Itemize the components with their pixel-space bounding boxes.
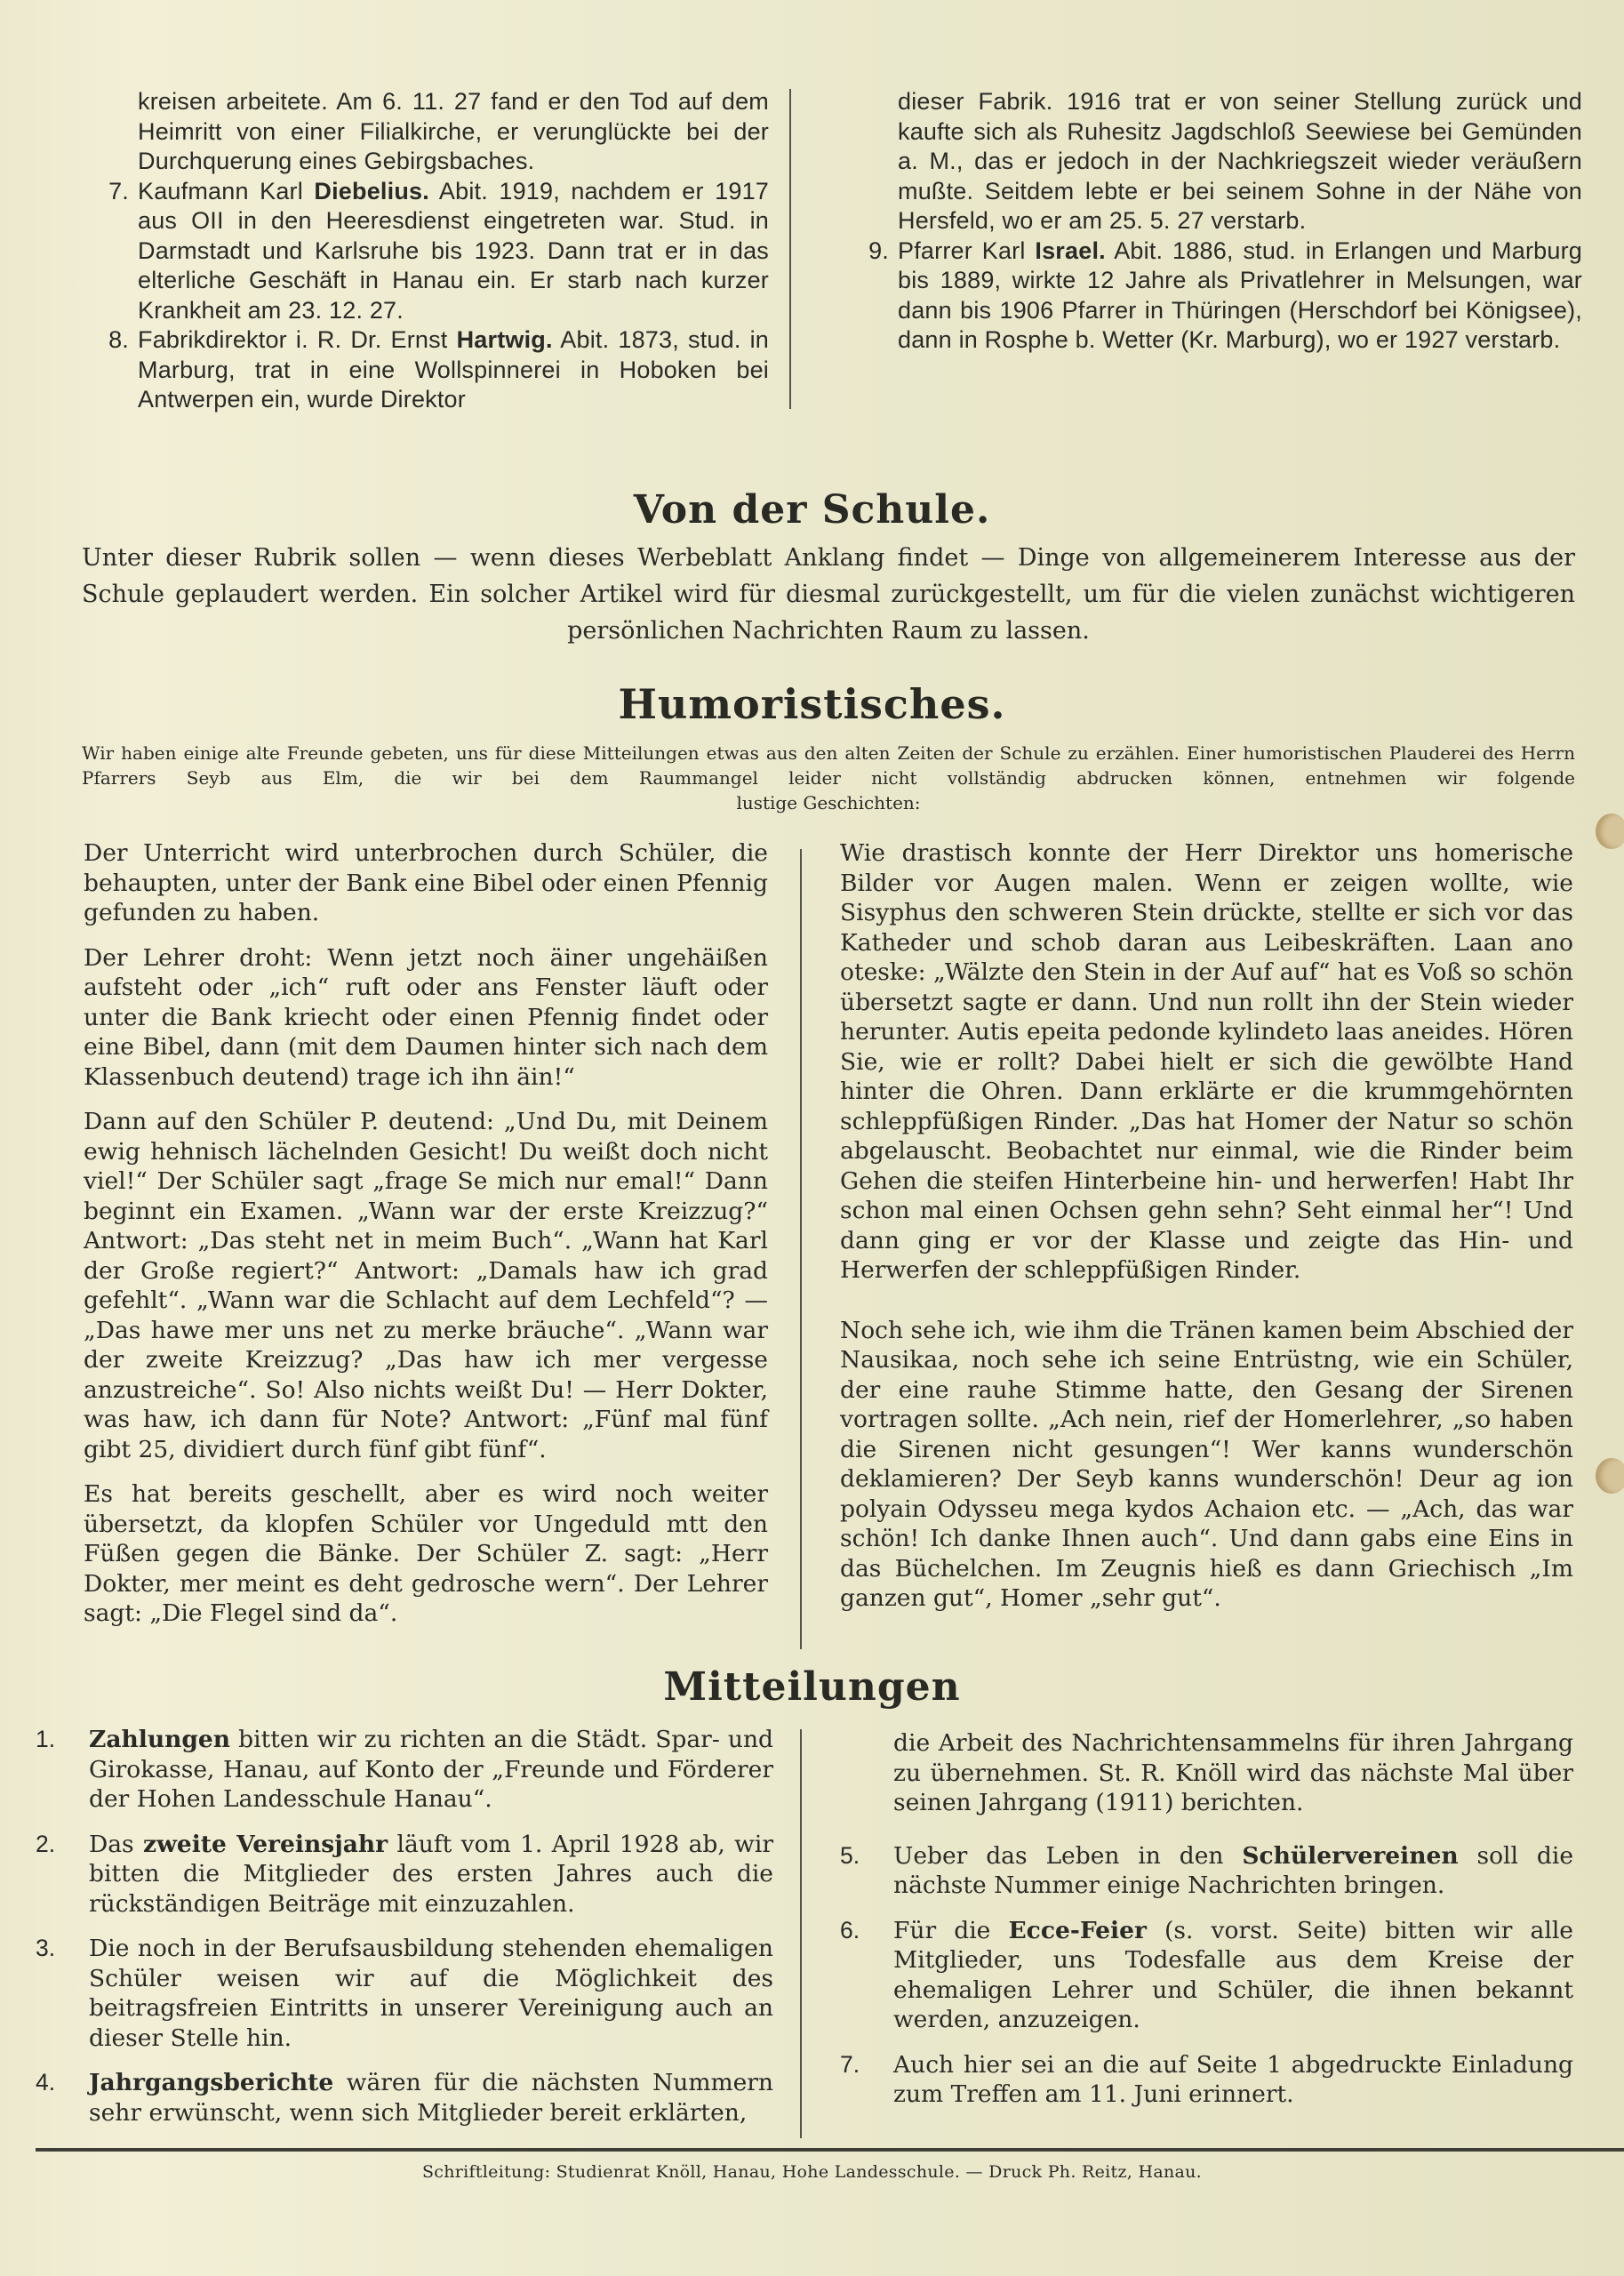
humor-column-right: Wie drastisch konnte der Herr Direktor u… (840, 838, 1573, 1629)
obituary-continuation: dieser Fabrik. 1916 trat er von seiner S… (898, 87, 1582, 236)
anecdote-paragraph: Der Lehrer droht: Wenn jetzt noch äiner … (84, 943, 768, 1093)
announcements-column-left: 1. Zahlungen bitten wir zu richten an di… (36, 1725, 773, 2143)
obituary-name: Israel. (1035, 237, 1105, 264)
obituary-continuation: kreisen arbeitete. Am 6. 11. 27 fand er … (138, 87, 769, 177)
announcement-item: 2. Das zweite Vereinsjahr läuft vom 1. A… (36, 1830, 773, 1919)
obituary-entry: 7. Kaufmann Karl Diebelius. Abit. 1919, … (138, 177, 769, 326)
column-divider (800, 1729, 802, 2138)
von-der-schule-text: Unter dieser Rubrik sollen — wenn dieses… (82, 540, 1575, 649)
section-title-humoristisches: Humoristisches. (0, 680, 1624, 728)
obituary-name: Hartwig. (457, 326, 553, 353)
humoristisches-intro: Wir haben einige alte Freunde gebeten, u… (82, 741, 1575, 815)
announcement-item: 7. Auch hier sei an die auf Seite 1 abge… (840, 2050, 1573, 2110)
obituary-entry: 8. Fabrikdirektor i. R. Dr. Ernst Hartwi… (138, 325, 769, 415)
announcements-column-right: die Arbeit des Nachrichtensammelns für i… (840, 1728, 1573, 2125)
anecdote-paragraph: Wie drastisch konnte der Herr Direktor u… (840, 838, 1573, 1286)
entry-number: 7. (90, 177, 138, 326)
anecdote-paragraph: Der Unterricht wird unterbrochen durch S… (84, 838, 768, 928)
column-divider (800, 849, 802, 1649)
obituary-column-left: kreisen arbeitete. Am 6. 11. 27 fand er … (138, 87, 769, 415)
punch-hole (1596, 1458, 1624, 1494)
obituary-name: Diebelius. (314, 178, 429, 204)
punch-hole (1596, 813, 1624, 849)
anecdote-paragraph: Noch sehe ich, wie ihm die Tränen kamen … (840, 1316, 1573, 1614)
announcement-item: 4. Jahrgangsberichte wären für die nächs… (36, 2068, 773, 2128)
announcement-item: 1. Zahlungen bitten wir zu richten an di… (36, 1725, 773, 1815)
entry-number: 8. (90, 325, 138, 415)
entry-number: 9. (850, 236, 898, 356)
newsletter-page: kreisen arbeitete. Am 6. 11. 27 fand er … (0, 0, 1624, 2276)
obituary-entry: 9. Pfarrer Karl Israel. Abit. 1886, stud… (898, 236, 1582, 356)
obituary-column-right: dieser Fabrik. 1916 trat er von seiner S… (898, 87, 1582, 356)
announcement-item: 5. Ueber das Leben in den Schülervereine… (840, 1841, 1573, 1901)
humor-column-left: Der Unterricht wird unterbrochen durch S… (84, 838, 768, 1644)
column-divider (789, 89, 791, 409)
announcement-item: 3. Die noch in der Berufsausbildung steh… (36, 1934, 773, 2053)
section-title-von-der-schule: Von der Schule. (0, 487, 1624, 533)
footer-rule (36, 2148, 1624, 2152)
anecdote-paragraph: Es hat bereits geschellt, aber es wird n… (84, 1479, 768, 1629)
imprint-footer: Schriftleitung: Studienrat Knöll, Hanau,… (0, 2162, 1624, 2182)
anecdote-paragraph: Dann auf den Schüler P. deutend: „Und Du… (84, 1107, 768, 1464)
section-title-mitteilungen: Mitteilungen (0, 1664, 1624, 1710)
announcement-continuation: die Arbeit des Nachrichtensammelns für i… (893, 1728, 1573, 1818)
announcement-item: 6. Für die Ecce-Feier (s. vorst. Seite) … (840, 1916, 1573, 2035)
